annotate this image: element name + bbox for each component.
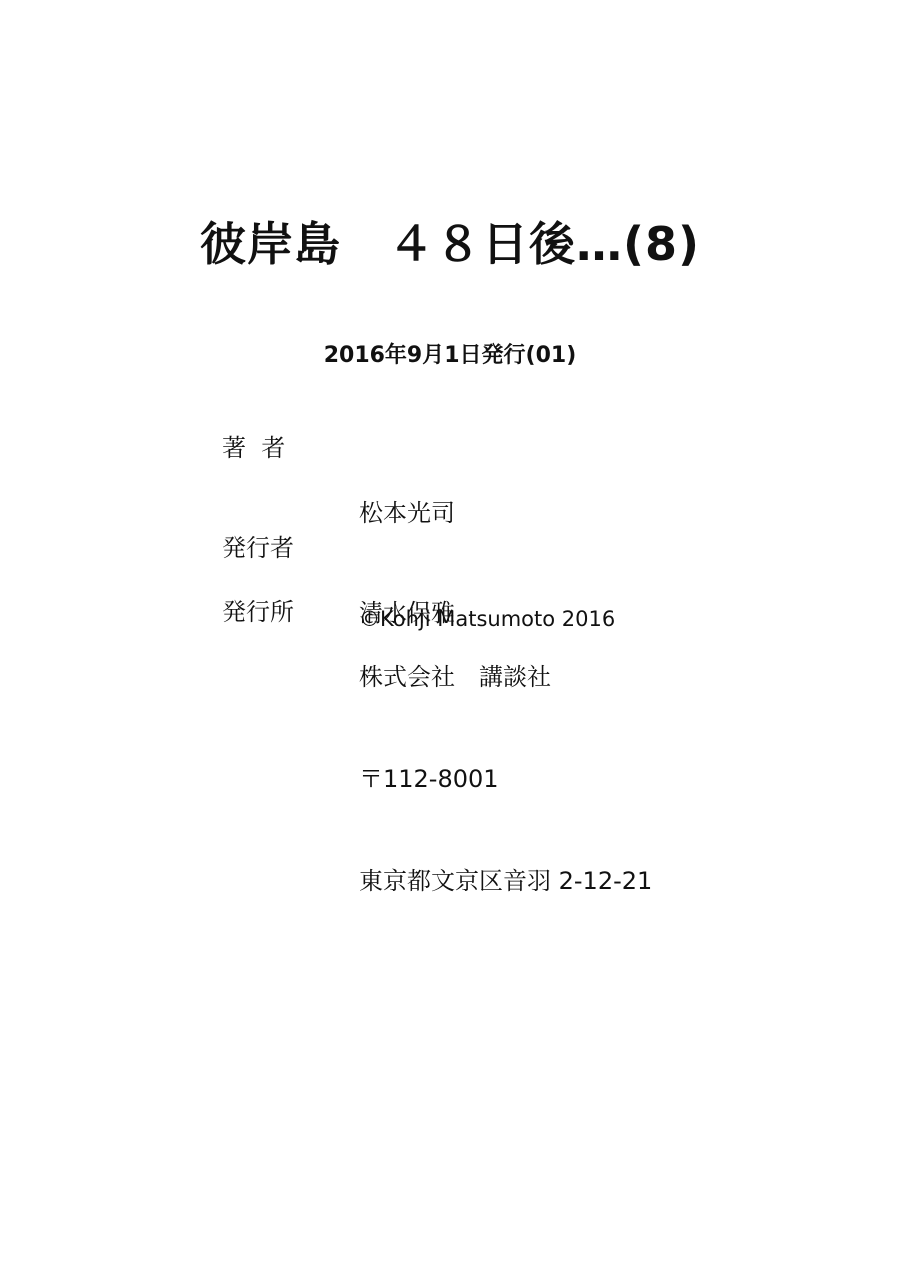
publisher-company: 株式会社 講談社 <box>359 660 652 694</box>
publisher-person-label: 発行者 <box>222 528 294 563</box>
author-label: 著 者 <box>222 428 285 463</box>
publisher-address: 東京都文京区音羽 2-12-21 <box>359 864 652 898</box>
publisher-postal-code: 〒112-8001 <box>359 762 652 796</box>
author-name: 松本光司 <box>359 496 615 530</box>
publisher-value: 株式会社 講談社 〒112-8001 東京都文京区音羽 2-12-21 <box>359 592 652 966</box>
book-title: 彼岸島 ４８日後…(8) <box>0 208 900 274</box>
publisher-label: 発行所 <box>222 592 294 627</box>
issue-date: 2016年9月1日発行(01) <box>0 338 900 369</box>
